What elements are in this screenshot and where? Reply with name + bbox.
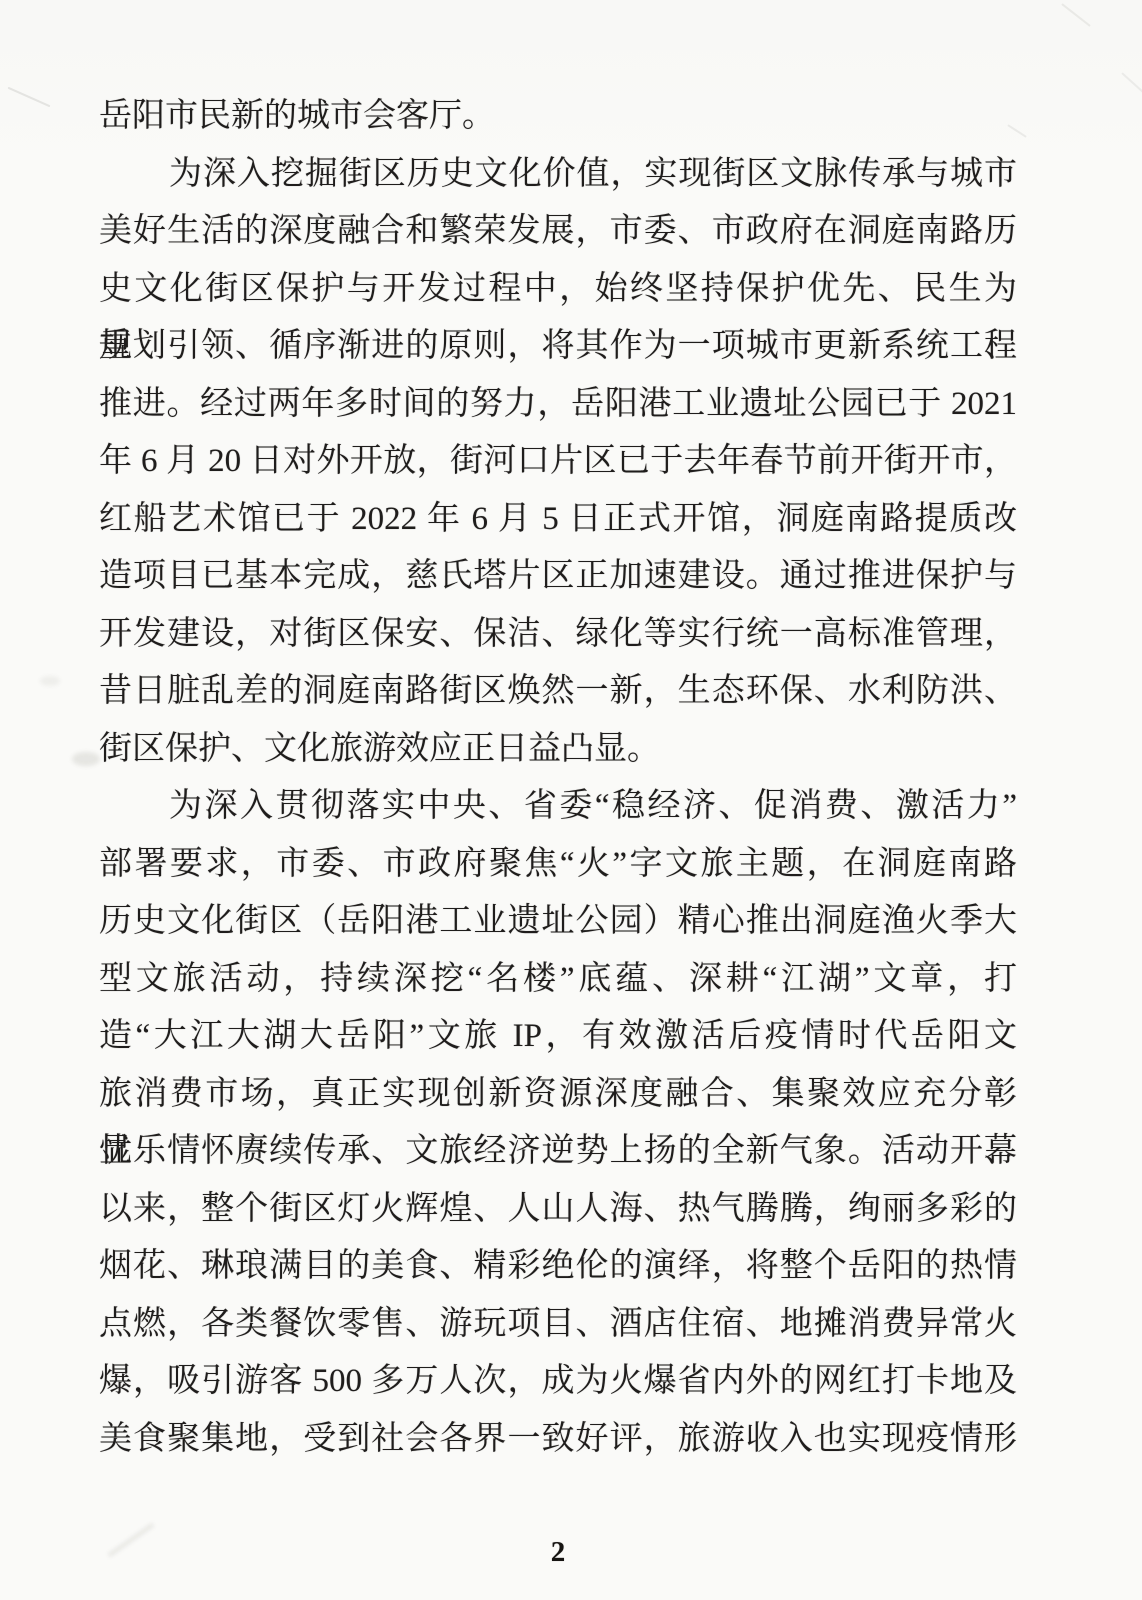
text-line: 规划引领、循序渐进的原则，将其作为一项城市更新系统工程 xyxy=(99,318,1017,376)
scanned-document: { "colors": { "paper": "#fafaf8", "ink":… xyxy=(0,0,1142,1600)
text-line: 美食聚集地，受到社会各界一致好评，旅游收入也实现疫情形 xyxy=(99,1411,1017,1469)
text-line: 红船艺术馆已于 2022 年 6 月 5 日正式开馆，洞庭南路提质改 xyxy=(99,491,1017,549)
text-line: 岳阳市民新的城市会客厅。 xyxy=(99,88,1017,146)
text-line: 为深入挖掘街区历史文化价值，实现街区文脉传承与城市 xyxy=(99,146,1017,204)
scan-smudge xyxy=(40,676,60,686)
text-line: 年 6 月 20 日对外开放，街河口片区已于去年春节前开街开市， xyxy=(99,433,1017,491)
document-body-text: 岳阳市民新的城市会客厅。 为深入挖掘街区历史文化价值，实现街区文脉传承与城市 美… xyxy=(99,88,1017,1468)
text-line: 昔日脏乱差的洞庭南路街区焕然一新，生态环保、水利防洪、 xyxy=(99,663,1017,721)
text-line: 旅消费市场，真正实现创新资源深度融合、集聚效应充分彰显、 xyxy=(99,1066,1017,1124)
page-number: 2 xyxy=(99,1536,1017,1569)
text-line: 为深入贯彻落实中央、省委“稳经济、促消费、激活力” xyxy=(99,778,1017,836)
text-line: 忧乐情怀赓续传承、文旅经济逆势上扬的全新气象。活动开幕 xyxy=(99,1123,1017,1181)
text-line: 以来，整个街区灯火辉煌、人山人海、热气腾腾，绚丽多彩的 xyxy=(99,1181,1017,1239)
scan-scratch xyxy=(1121,72,1142,94)
scan-scratch xyxy=(8,87,51,108)
text-line: 街区保护、文化旅游效应正日益凸显。 xyxy=(99,721,1017,779)
text-line: 点燃，各类餐饮零售、游玩项目、酒店住宿、地摊消费异常火 xyxy=(99,1296,1017,1354)
text-line: 开发建设，对街区保安、保洁、绿化等实行统一高标准管理， xyxy=(99,606,1017,664)
text-line: 历史文化街区（岳阳港工业遗址公园）精心推出洞庭渔火季大 xyxy=(99,893,1017,951)
text-line: 造项目已基本完成，慈氏塔片区正加速建设。通过推进保护与 xyxy=(99,548,1017,606)
text-line: 美好生活的深度融合和繁荣发展，市委、市政府在洞庭南路历 xyxy=(99,203,1017,261)
text-line: 推进。经过两年多时间的努力，岳阳港工业遗址公园已于 2021 xyxy=(99,376,1017,434)
scan-smudge xyxy=(72,752,100,766)
text-line: 爆，吸引游客 500 多万人次，成为火爆省内外的网红打卡地及 xyxy=(99,1353,1017,1411)
text-line: 部署要求，市委、市政府聚焦“火”字文旅主题，在洞庭南路 xyxy=(99,836,1017,894)
text-line: 型文旅活动，持续深挖“名楼”底蕴、深耕“江湖”文章，打 xyxy=(99,951,1017,1009)
text-line: 造“大江大湖大岳阳”文旅 IP，有效激活后疫情时代岳阳文 xyxy=(99,1008,1017,1066)
text-line: 史文化街区保护与开发过程中，始终坚持保护优先、民生为重、 xyxy=(99,261,1017,319)
scan-scratch xyxy=(1061,3,1091,27)
text-line: 烟花、琳琅满目的美食、精彩绝伦的演绎，将整个岳阳的热情 xyxy=(99,1238,1017,1296)
